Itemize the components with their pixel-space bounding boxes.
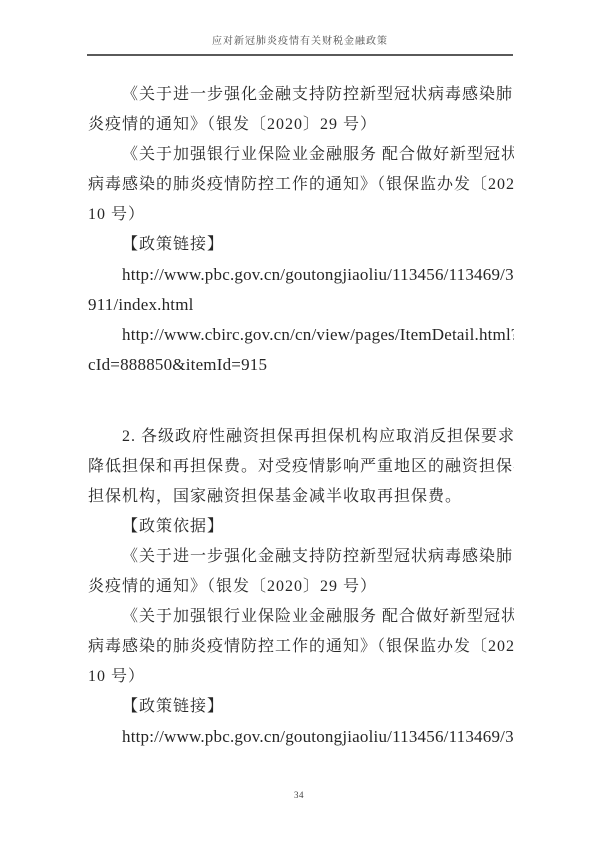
policy-title-line: 10 号）: [88, 662, 514, 692]
paragraph-gap: [88, 380, 514, 422]
policy-item-line: 2. 各级政府性融资担保再担保机构应取消反担保要求，: [88, 422, 514, 452]
policy-basis-heading: 【政策依据】: [88, 512, 514, 542]
policy-link-url: http://www.pbc.gov.cn/goutongjiaoliu/113…: [88, 722, 514, 752]
page-number: 34: [294, 790, 304, 800]
policy-links-heading: 【政策链接】: [88, 692, 514, 722]
policy-links-heading: 【政策链接】: [88, 230, 514, 260]
policy-link-url: http://www.pbc.gov.cn/goutongjiaoliu/113…: [88, 260, 514, 290]
policy-title-line: 病毒感染的肺炎疫情防控工作的通知》（银保监办发〔2020〕: [88, 170, 514, 200]
policy-title-line: 病毒感染的肺炎疫情防控工作的通知》（银保监办发〔2020〕: [88, 632, 514, 662]
policy-link-url: cId=888850&itemId=915: [88, 350, 514, 380]
policy-title-line: 10 号）: [88, 200, 514, 230]
header-title: 应对新冠肺炎疫情有关财税金融政策: [212, 36, 388, 47]
policy-title-line: 《关于进一步强化金融支持防控新型冠状病毒感染肺: [88, 542, 514, 572]
policy-title-line: 《关于加强银行业保险业金融服务 配合做好新型冠状: [88, 602, 514, 632]
policy-title-line: 炎疫情的通知》（银发〔2020〕29 号）: [88, 110, 514, 140]
policy-item-line: 降低担保和再担保费。对受疫情影响严重地区的融资担保再: [88, 452, 514, 482]
policy-link-url: http://www.cbirc.gov.cn/cn/view/pages/It…: [88, 320, 514, 350]
page-header: 应对新冠肺炎疫情有关财税金融政策: [87, 32, 513, 56]
policy-title-line: 炎疫情的通知》（银发〔2020〕29 号）: [88, 572, 514, 602]
policy-title-line: 《关于进一步强化金融支持防控新型冠状病毒感染肺: [88, 80, 514, 110]
policy-title-line: 《关于加强银行业保险业金融服务 配合做好新型冠状: [88, 140, 514, 170]
policy-link-url: 911/index.html: [88, 290, 514, 320]
document-content: 《关于进一步强化金融支持防控新型冠状病毒感染肺 炎疫情的通知》（银发〔2020〕…: [88, 80, 514, 752]
page-footer: 34: [0, 790, 598, 800]
policy-item-line: 担保机构，国家融资担保基金减半收取再担保费。: [88, 482, 514, 512]
document-page: 应对新冠肺炎疫情有关财税金融政策 《关于进一步强化金融支持防控新型冠状病毒感染肺…: [0, 0, 598, 860]
